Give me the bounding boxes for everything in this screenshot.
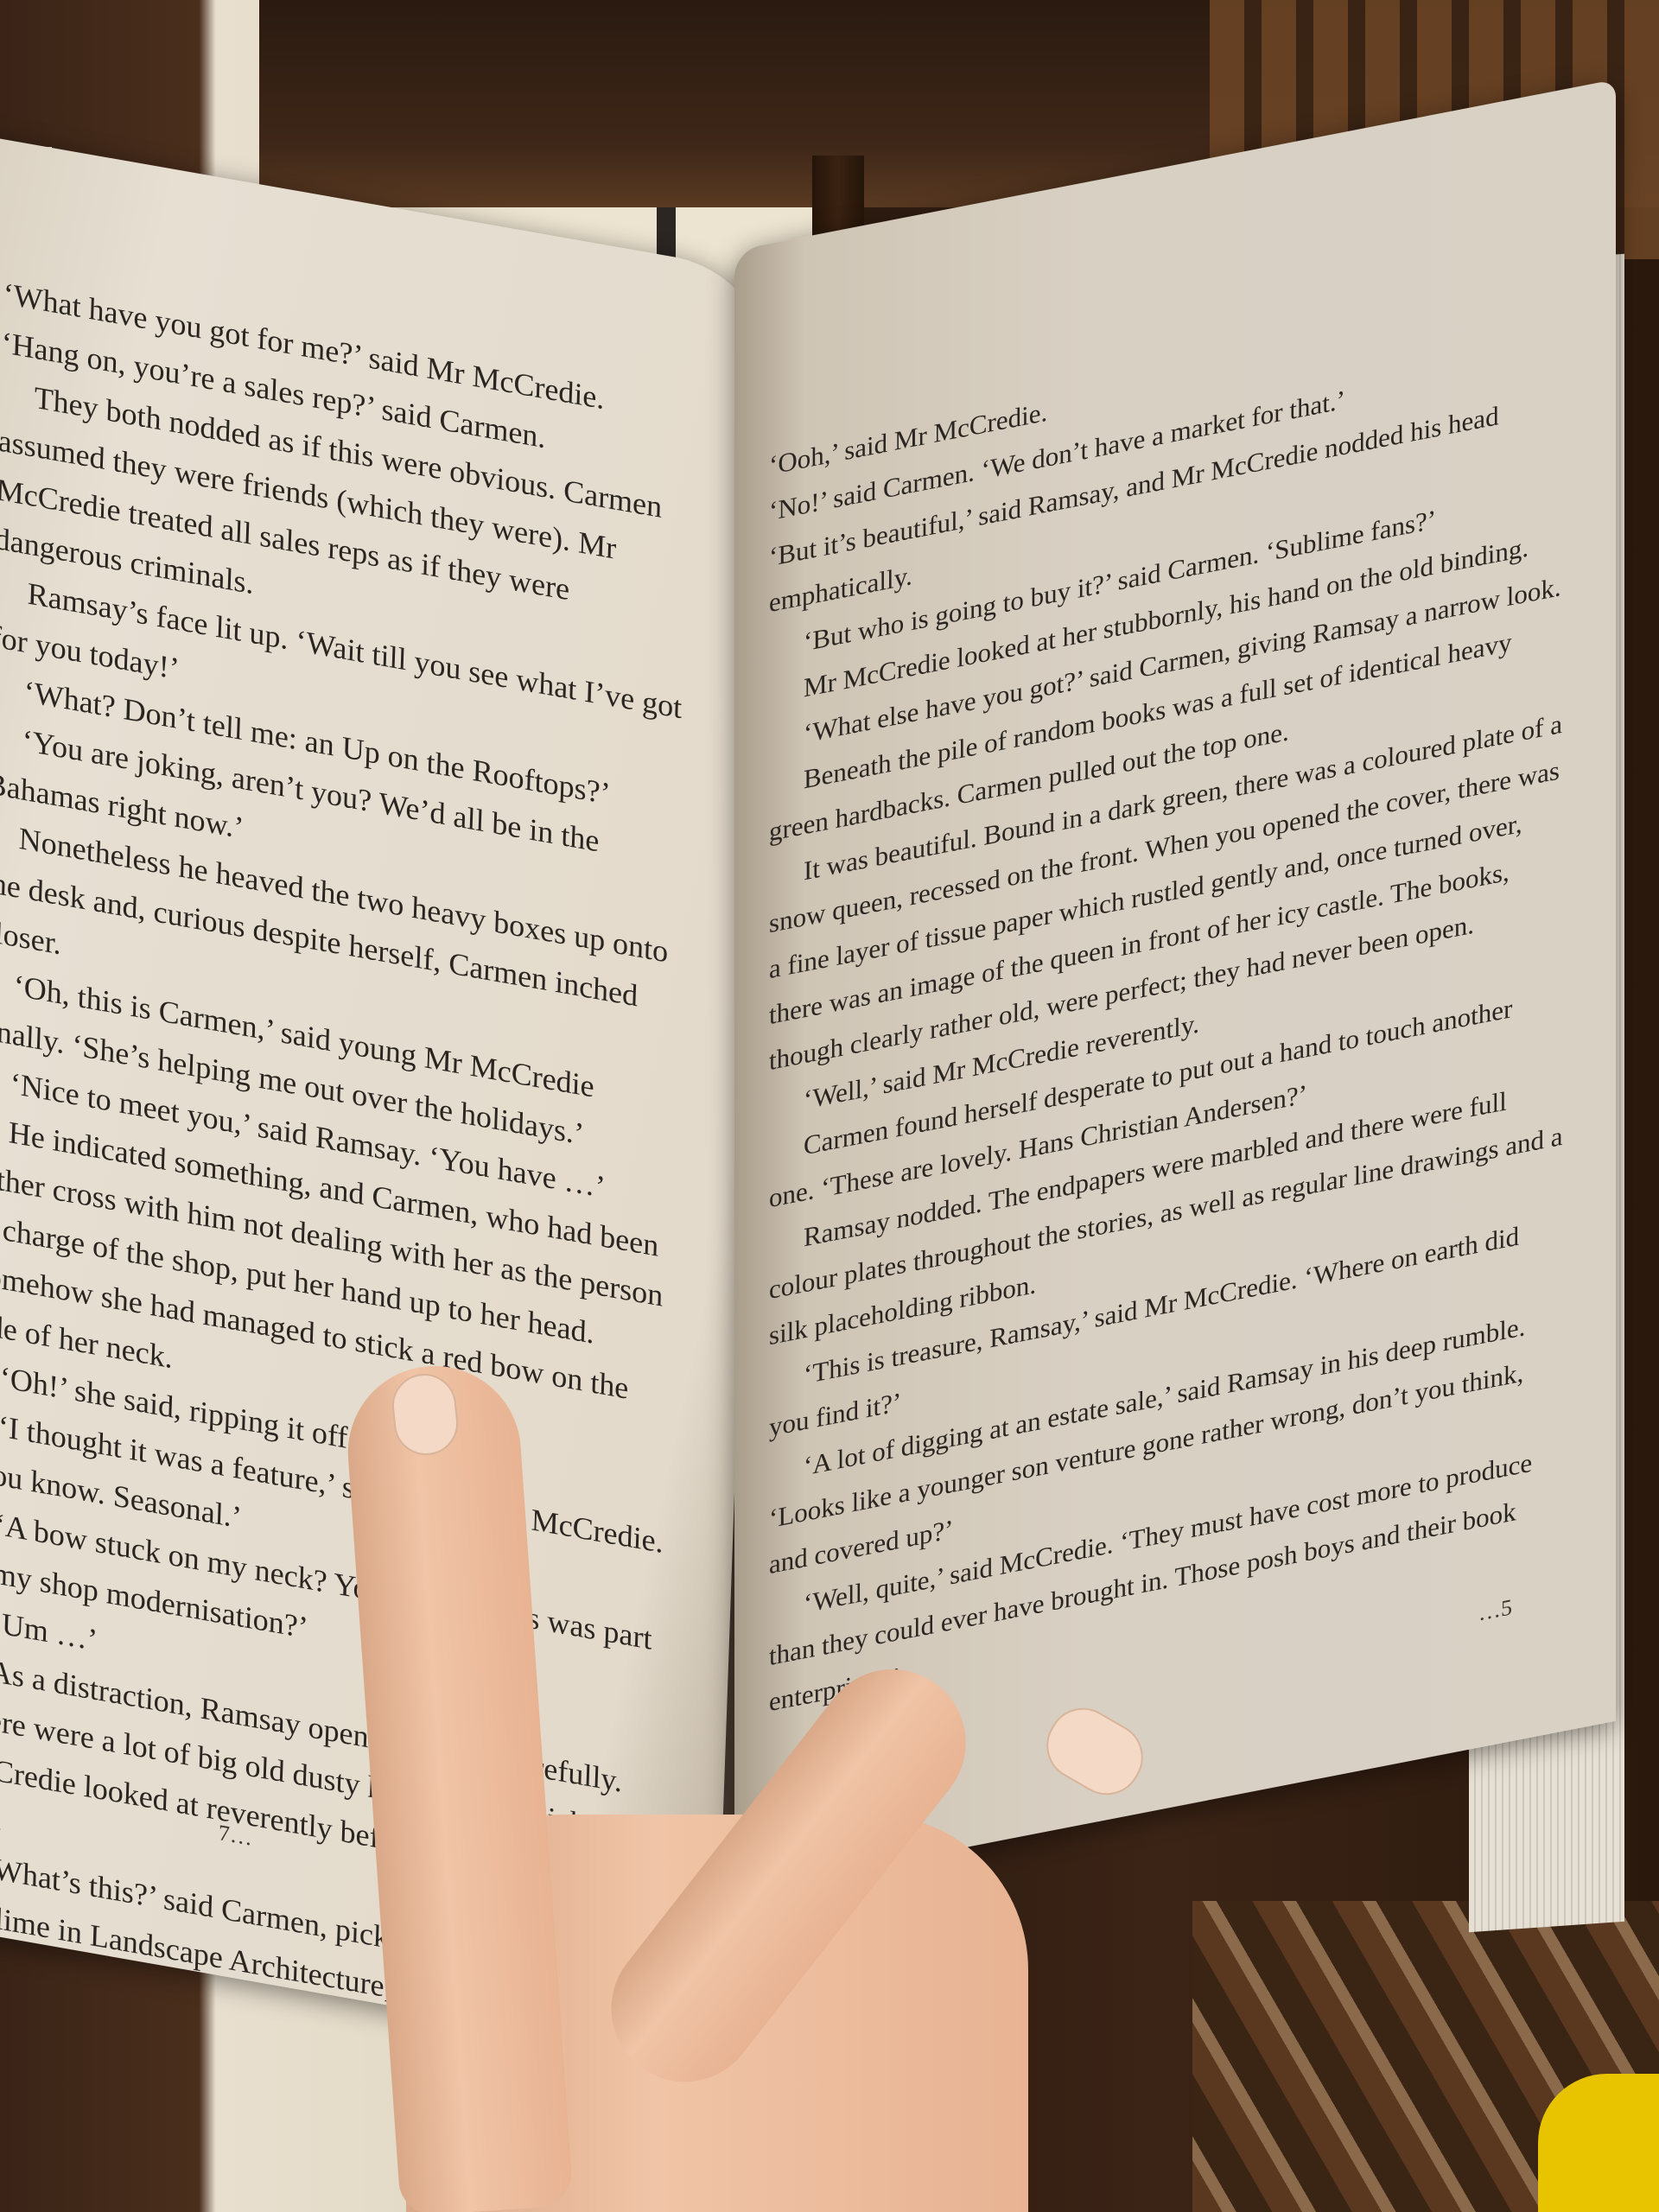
yellow-object: [1538, 2074, 1659, 2212]
right-page: ‘Ooh,’ said Mr McCredie. ‘No!’ said Carm…: [734, 79, 1616, 1892]
right-page-text: ‘Ooh,’ said Mr McCredie. ‘No!’ said Carm…: [769, 288, 1564, 1725]
page-number-right: …5: [1478, 1594, 1512, 1627]
left-page-text: ‘What have you got for me?’ said Mr McCr…: [0, 269, 712, 2062]
